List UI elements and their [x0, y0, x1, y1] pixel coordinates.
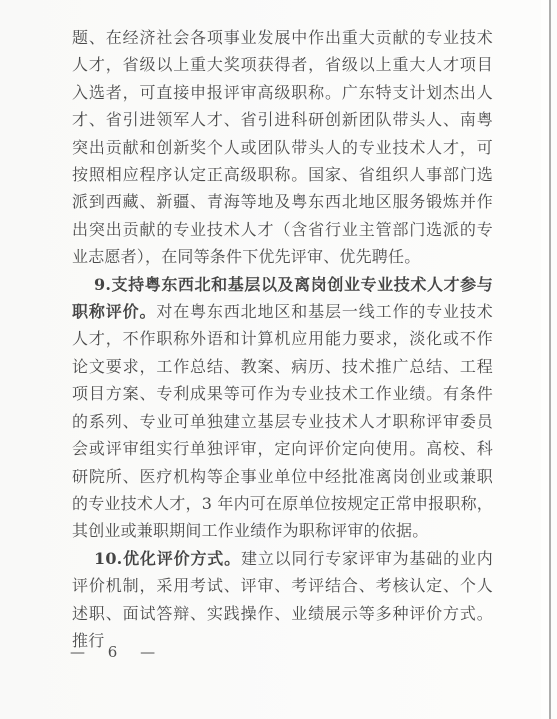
page-number: — 6 — [70, 643, 164, 661]
document-body: 题、在经济社会各项事业发展中作出重大贡献的专业技术人才，省级以上重大奖项获得者，… [72, 24, 493, 654]
paragraph-text: 题、在经济社会各项事业发展中作出重大贡献的专业技术人才，省级以上重大奖项获得者，… [72, 28, 493, 266]
paragraph-lead: 10.优化评价方式。 [94, 549, 241, 568]
scan-edge-highlight [541, 0, 549, 719]
document-page: 题、在经济社会各项事业发展中作出重大贡献的专业技术人才，省级以上重大奖项获得者，… [0, 0, 557, 719]
paragraph-continuation: 题、在经济社会各项事业发展中作出重大贡献的专业技术人才，省级以上重大奖项获得者，… [72, 24, 493, 271]
paragraph-item-9: 9.支持粤东西北和基层以及离岗创业专业技术人才参与职称评价。对在粤东西北地区和基… [72, 271, 493, 545]
scan-edge-right-margin [551, 0, 557, 719]
paragraph-text: 对在粤东西北地区和基层一线工作的专业技术人才，不作职称外语和计算机应用能力要求，… [72, 302, 493, 540]
paragraph-item-10: 10.优化评价方式。建立以同行专家评审为基础的业内评价机制，采用考试、评审、考评… [72, 545, 493, 655]
